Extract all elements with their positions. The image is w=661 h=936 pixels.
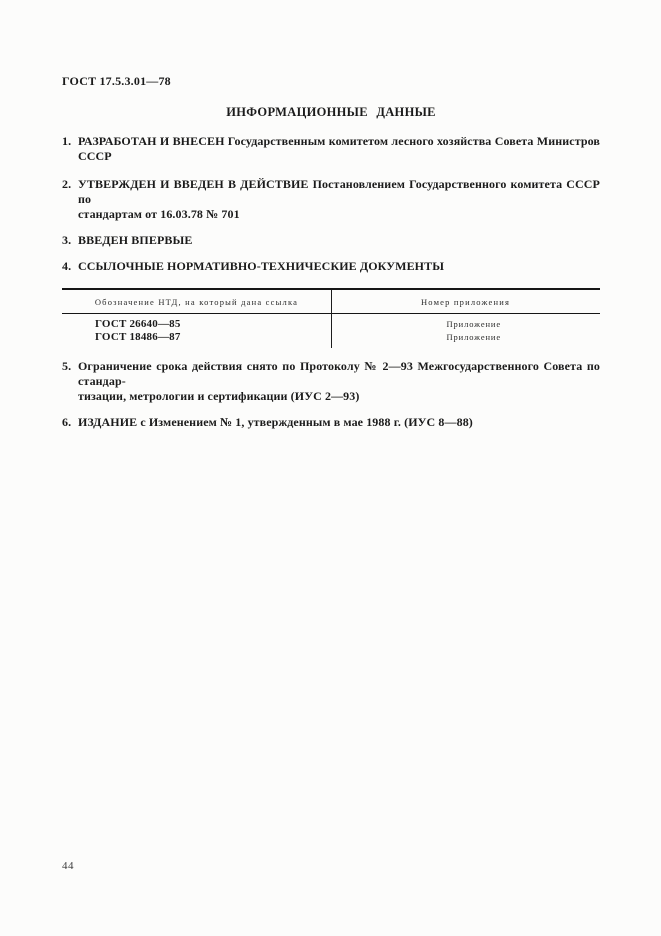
item-6-line-1: ИЗДАНИЕ с Изменением № 1, утвержденным в… xyxy=(78,415,600,430)
page-title: ИНФОРМАЦИОННЫЕ ДАННЫЕ xyxy=(62,105,600,120)
item-1-line-1: РАЗРАБОТАН И ВНЕСЕН Государственным коми… xyxy=(78,134,600,149)
table-cell-annex-2: Приложение xyxy=(348,331,601,344)
info-item-4: 4. ССЫЛОЧНЫЕ НОРМАТИВНО-ТЕХНИЧЕСКИЕ ДОКУ… xyxy=(62,259,600,274)
page-number: 44 xyxy=(62,860,74,872)
info-item-2: 2. УТВЕРЖДЕН И ВВЕДЕН В ДЕЙСТВИЕ Постано… xyxy=(62,177,600,222)
document-number: ГОСТ 17.5.3.01—78 xyxy=(62,74,600,88)
table-cell-ntd-2: ГОСТ 18486—87 xyxy=(95,331,348,344)
item-3-number: 3. xyxy=(62,233,71,248)
table-cell-ntd-1: ГОСТ 26640—85 xyxy=(95,318,348,331)
item-4-number: 4. xyxy=(62,259,71,274)
item-1-line-2: СССР xyxy=(78,149,600,164)
info-item-5: 5. Ограничение срока действия снято по П… xyxy=(62,359,600,404)
item-2-line-2: стандартам от 16.03.78 № 701 xyxy=(78,207,600,222)
table-header-annex: Номер приложения xyxy=(331,290,600,313)
item-1-number: 1. xyxy=(62,134,71,149)
table-cell-annex-1: Приложение xyxy=(348,318,601,331)
table-header-ntd: Обозначение НТД, на который дана ссылка xyxy=(62,290,331,313)
info-item-6: 6. ИЗДАНИЕ с Изменением № 1, утвержденны… xyxy=(62,415,600,430)
info-item-1: 1. РАЗРАБОТАН И ВНЕСЕН Государственным к… xyxy=(62,134,600,164)
references-table: Обозначение НТД, на который дана ссылка … xyxy=(62,288,600,351)
info-item-3: 3. ВВЕДЕН ВПЕРВЫЕ xyxy=(62,233,600,248)
item-3-line-1: ВВЕДЕН ВПЕРВЫЕ xyxy=(78,233,600,248)
item-5-number: 5. xyxy=(62,359,71,374)
table-column-divider xyxy=(331,290,332,348)
item-5-line-2: тизации, метрологии и сертификации (ИУС … xyxy=(78,389,600,404)
item-6-number: 6. xyxy=(62,415,71,430)
item-5-line-1: Ограничение срока действия снято по Прот… xyxy=(78,359,600,389)
item-2-line-1: УТВЕРЖДЕН И ВВЕДЕН В ДЕЙСТВИЕ Постановле… xyxy=(78,177,600,207)
table-column-annex: Приложение Приложение xyxy=(348,314,601,351)
item-4-line-1: ССЫЛОЧНЫЕ НОРМАТИВНО-ТЕХНИЧЕСКИЕ ДОКУМЕН… xyxy=(78,259,600,274)
document-page: ГОСТ 17.5.3.01—78 ИНФОРМАЦИОННЫЕ ДАННЫЕ … xyxy=(0,0,661,936)
item-2-number: 2. xyxy=(62,177,71,192)
table-column-ntd: ГОСТ 26640—85 ГОСТ 18486—87 xyxy=(62,314,348,351)
